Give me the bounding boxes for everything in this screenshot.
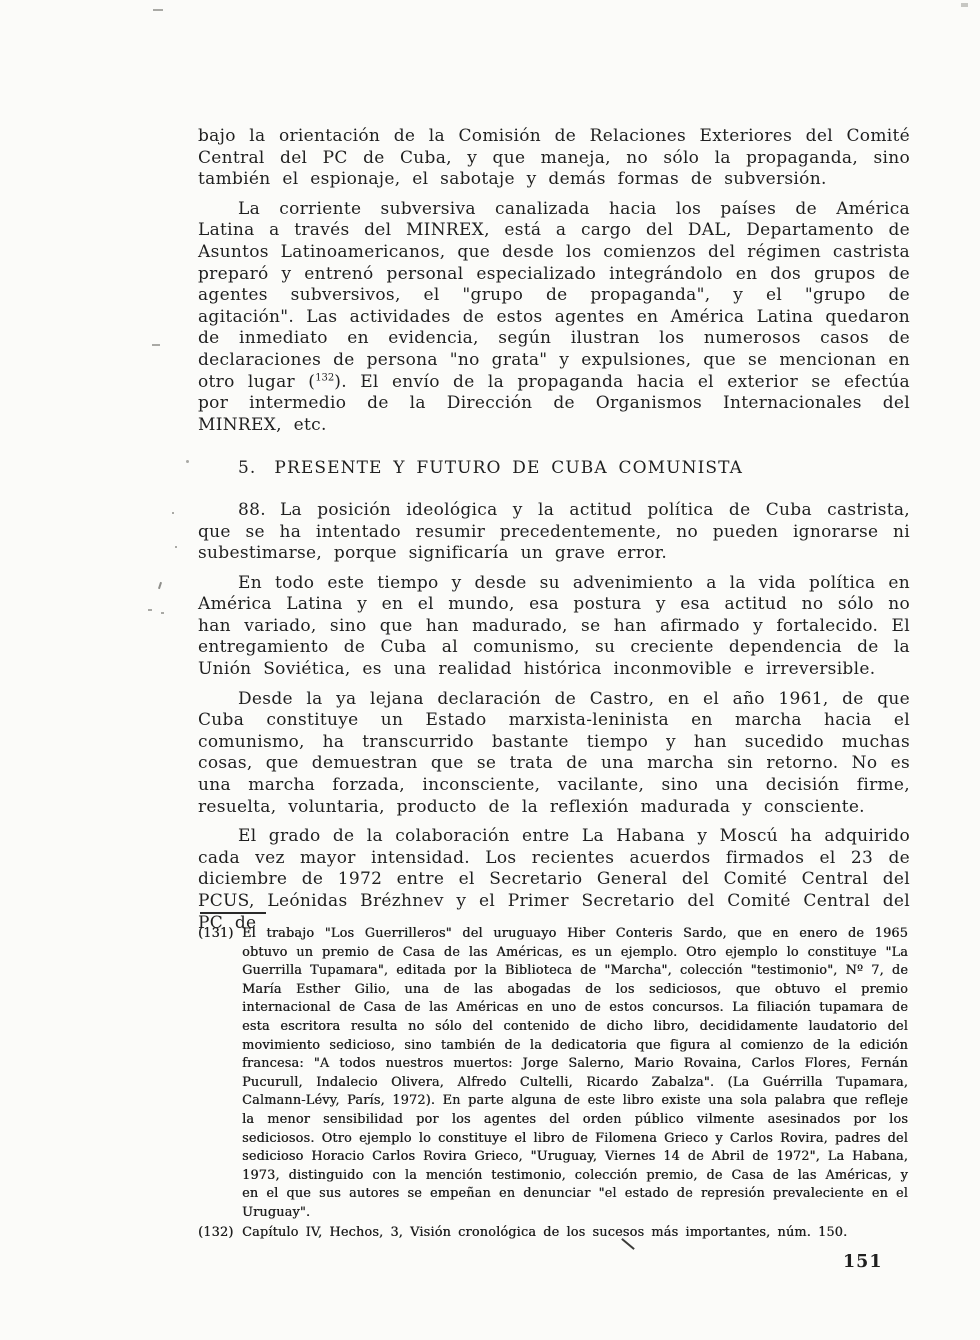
scan-artifact xyxy=(175,546,177,548)
paragraph-desde-la: Desde la ya lejana declaración de Castro… xyxy=(198,689,910,819)
footnote-divider xyxy=(200,912,266,914)
body-text-column: bajo la orientación de la Comisión de Re… xyxy=(198,126,910,942)
paragraph-en-todo: En todo este tiempo y desde su advenimie… xyxy=(198,573,910,681)
footnote-text: Capítulo IV, Hechos, 3, Visión cronológi… xyxy=(242,1225,847,1240)
scanned-book-page: bajo la orientación de la Comisión de Re… xyxy=(0,0,980,1340)
page-number: 151 xyxy=(843,1252,883,1272)
section-number: 5. xyxy=(238,458,256,478)
footnote-132: (132)Capítulo IV, Hechos, 3, Visión cron… xyxy=(198,1224,908,1243)
footnote-label: (131) xyxy=(198,925,233,944)
section-heading: 5.PRESENTE Y FUTURO DE CUBA COMUNISTA xyxy=(198,458,910,480)
paragraph-text: La corriente subversiva canalizada hacia… xyxy=(198,199,910,392)
scan-artifact xyxy=(152,344,160,346)
scan-artifact xyxy=(158,582,162,589)
scan-artifact xyxy=(161,612,164,614)
paragraph-subversive-current: La corriente subversiva canalizada hacia… xyxy=(198,199,910,437)
footnote-label: (132) xyxy=(198,1224,233,1243)
scan-artifact xyxy=(148,609,152,611)
section-title: PRESENTE Y FUTURO DE CUBA COMUNISTA xyxy=(274,458,743,478)
footnote-text: El trabajo "Los Guerrilleros" del urugua… xyxy=(242,926,908,1220)
scan-artifact xyxy=(961,3,968,7)
item-number: 88. xyxy=(238,500,266,520)
paragraph-item-88: 88.La posición ideológica y la actitud p… xyxy=(198,500,910,565)
paragraph-text: La posición ideológica y la actitud polí… xyxy=(198,500,910,563)
scan-artifact xyxy=(153,9,163,11)
footnote-131: (131)El trabajo "Los Guerrilleros" del u… xyxy=(198,925,908,1223)
footnote-section: (131)El trabajo "Los Guerrilleros" del u… xyxy=(198,912,908,1243)
paragraph-continuation: bajo la orientación de la Comisión de Re… xyxy=(198,126,910,191)
scan-artifact xyxy=(186,460,189,463)
footnote-ref-132: 132 xyxy=(315,372,334,383)
scan-artifact xyxy=(172,512,174,514)
